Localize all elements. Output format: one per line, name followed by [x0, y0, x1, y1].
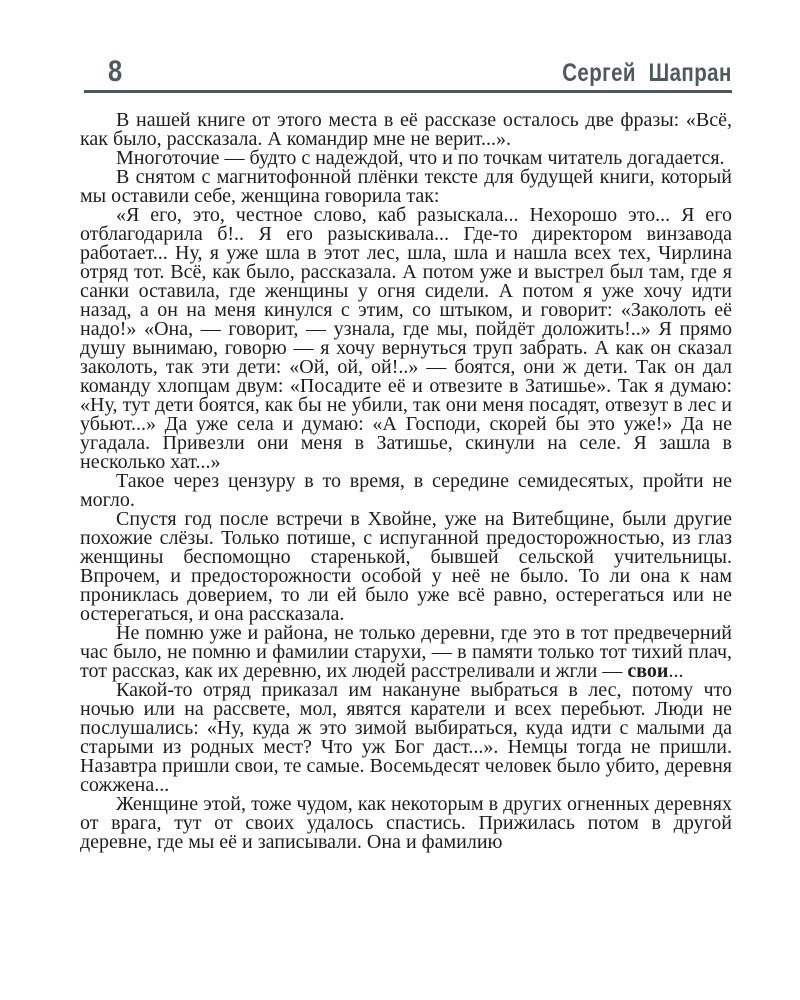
text-segment: Женщине этой, тоже чудом, как некоторым … — [80, 793, 732, 853]
paragraph: В снятом с магнитофонной плёнки тексте д… — [80, 168, 732, 206]
paragraph: Женщине этой, тоже чудом, как некоторым … — [80, 795, 732, 852]
header-rule — [84, 90, 732, 93]
text-segment: В нашей книге от этого места в её расска… — [80, 109, 732, 150]
text-block: В нашей книге от этого места в её расска… — [80, 111, 732, 852]
book-page: 8 Сергей Шапран В нашей книге от этого м… — [0, 0, 800, 1000]
text-segment: Какой-то отряд приказал им накануне выбр… — [80, 679, 732, 796]
running-title: Сергей Шапран — [562, 61, 732, 86]
paragraph: В нашей книге от этого места в её расска… — [80, 111, 732, 149]
text-segment: Такое через цензуру в то время, в середи… — [80, 470, 732, 511]
paragraph: Какой-то отряд приказал им накануне выбр… — [80, 681, 732, 795]
paragraph: «Я его, это, честное слово, каб разыскал… — [80, 206, 732, 472]
paragraph: Спустя год после встречи в Хвойне, уже н… — [80, 510, 732, 624]
page-number: 8 — [108, 57, 122, 87]
text-segment: «Я его, это, честное слово, каб разыскал… — [80, 204, 732, 473]
text-segment: В снятом с магнитофонной плёнки тексте д… — [80, 166, 732, 207]
paragraph: Такое через цензуру в то время, в середи… — [80, 472, 732, 510]
page-header: 8 Сергей Шапран — [0, 0, 800, 87]
paragraph: Не помню уже и района, не только деревни… — [80, 624, 732, 681]
text-segment: Спустя год после встречи в Хвойне, уже н… — [80, 508, 732, 625]
